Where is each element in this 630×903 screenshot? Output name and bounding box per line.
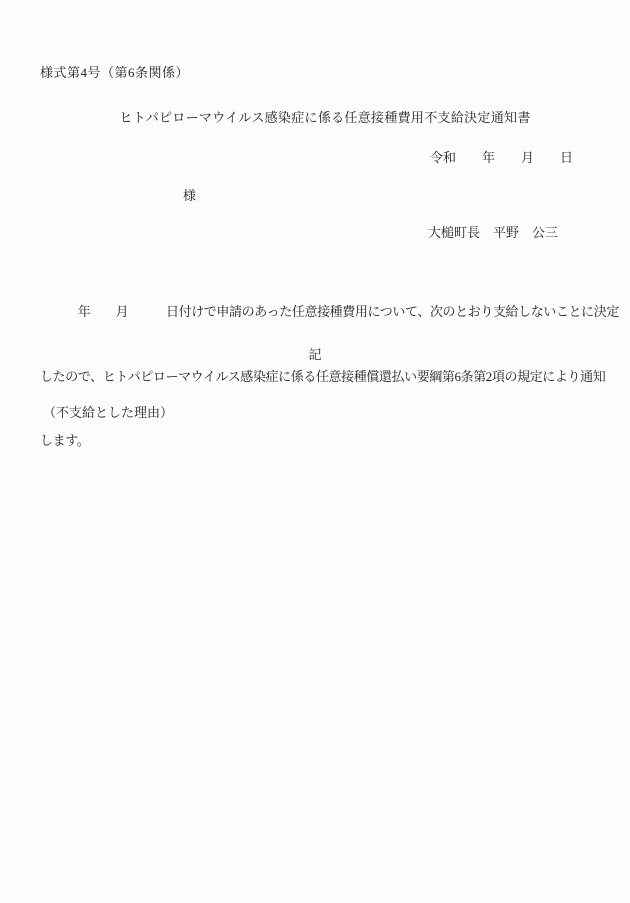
form-number: 様式第4号（第6条関係） [40,62,189,81]
body-line-1: 年 月 日付けで申請のあった任意接種費用について、次のとおり支給しないことに決定 [40,301,619,323]
section-marker-ki: 記 [0,344,630,363]
reason-label: （不支給とした理由） [43,402,173,421]
body-paragraph: 年 月 日付けで申請のあった任意接種費用について、次のとおり支給しないことに決定… [40,258,619,495]
addressee-honorific: 様 [183,185,196,204]
date-line: 令和 年 月 日 [430,147,573,166]
body-line-3: します。 [40,430,619,452]
document-title: ヒトパピローマウイルス感染症に係る任意接種費用不支給決定通知書 [20,107,630,126]
document-page: 様式第4号（第6条関係） ヒトパピローマウイルス感染症に係る任意接種費用不支給決… [0,0,630,903]
body-line-2: したので、ヒトパピローマウイルス感染症に係る任意接種償還払い要綱第6条第2項の規… [40,366,619,388]
sender-name: 大槌町長 平野 公三 [428,222,558,241]
